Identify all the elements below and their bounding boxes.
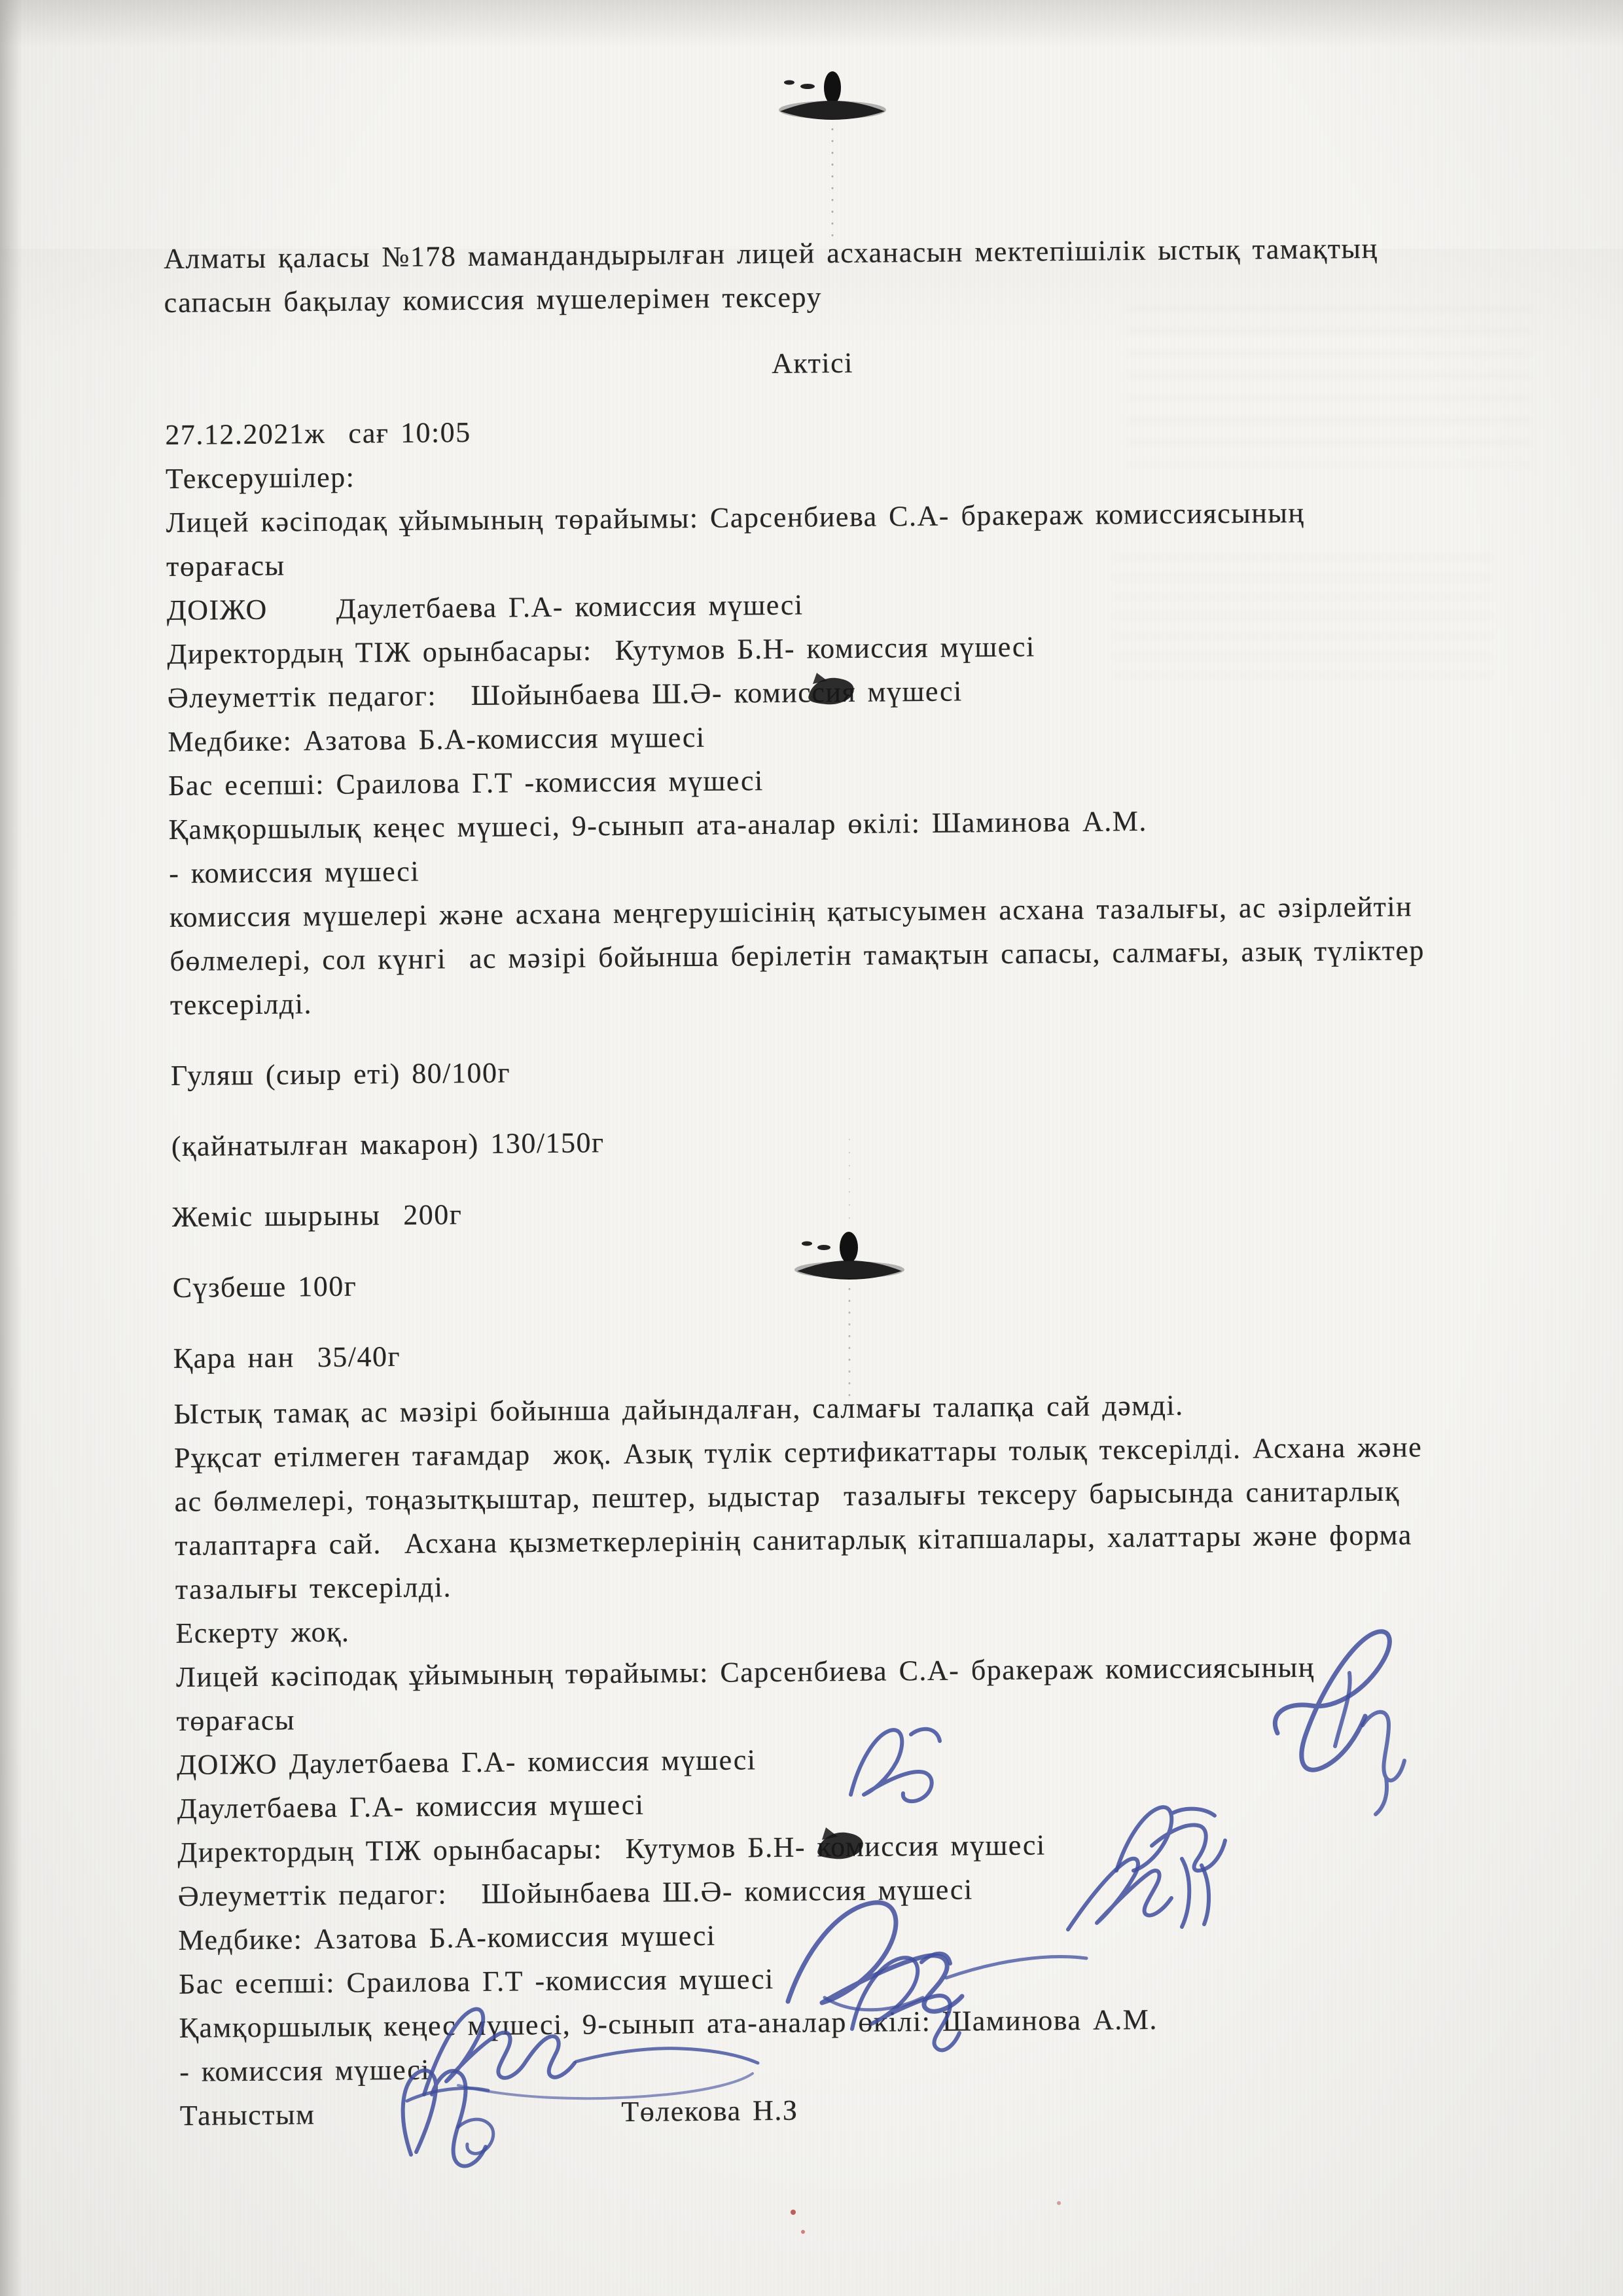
scan-vignette (0, 0, 1623, 2296)
scanned-document-page: Алматы қаласы №178 мамандандырылған лице… (0, 0, 1623, 2296)
